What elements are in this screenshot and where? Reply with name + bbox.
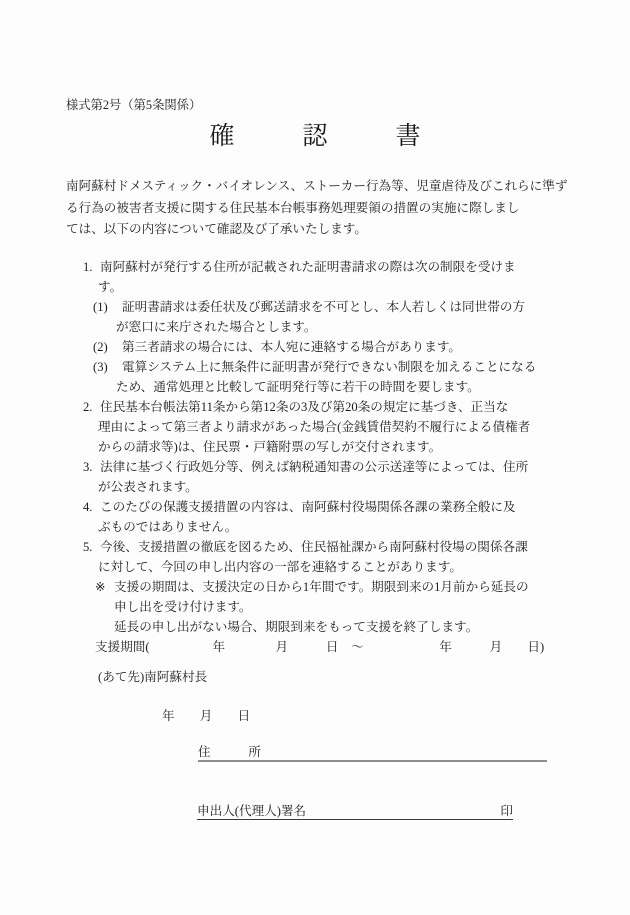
confirmation-item-list: 1.南阿蘇村が発行する住所が記載された証明書請求の際は次の制限を受けま す。 (… bbox=[66, 257, 570, 657]
intro-line: る行為の被害者支援に関する住民基本台帳事務処理要領の措置の実施に際しまし bbox=[66, 198, 570, 220]
note-text: 申し出を受け付けます。 bbox=[66, 597, 570, 617]
intro-line: ては、以下の内容について確認及び了承いたします。 bbox=[66, 219, 570, 241]
item-number: 2. bbox=[83, 397, 100, 417]
item-text: ぶものではありません。 bbox=[66, 517, 570, 537]
list-item-4: 4.このたびの保護支援措置の内容は、南阿蘇村役場関係各課の業務全般に及 ぶもので… bbox=[66, 497, 570, 537]
item-text: が公表されます。 bbox=[66, 477, 570, 497]
item-number: 3. bbox=[83, 457, 100, 477]
sub-item-text: ため、通常処理と比較して証明発行等に若干の時間を要します。 bbox=[66, 377, 570, 397]
note-marker: ※ bbox=[95, 577, 114, 597]
address-label: 住 所 bbox=[198, 745, 261, 759]
sub-item-text: が窓口に来庁された場合とします。 bbox=[66, 317, 570, 337]
note-block: ※支援の期間は、支援決定の日から1年間です。期限到来の1月前から延長の 申し出を… bbox=[66, 577, 570, 657]
list-item-5: 5.今後、支援措置の徹底を図るため、住民福祉課から南阿蘇村役場の関係各課 に対し… bbox=[66, 537, 570, 577]
document-page: 様式第2号（第5条関係） 確 認 書 南阿蘇村ドメスティック・バイオレンス、スト… bbox=[0, 0, 630, 915]
item-number: 4. bbox=[83, 497, 100, 517]
signature-fill-row: 申出人(代理人)署名 印 bbox=[197, 803, 513, 820]
sub-item-2: (2)第三者請求の場合には、本人宛に連絡する場合があります。 bbox=[66, 337, 570, 357]
sub-item-number: (2) bbox=[93, 337, 122, 357]
sub-item-number: (1) bbox=[93, 297, 122, 317]
item-text: 今後、支援措置の徹底を図るため、住民福祉課から南阿蘇村役場の関係各課 bbox=[100, 540, 528, 554]
item-text: からの請求等)は、住民票・戸籍附票の写しが交付されます。 bbox=[66, 437, 570, 457]
item-text: 南阿蘇村が発行する住所が記載された証明書請求の際は次の制限を受けま bbox=[100, 260, 516, 274]
item-text: 法律に基づく行政処分等、例えば納税通知書の公示送達等によっては、住所 bbox=[100, 460, 528, 474]
list-item-2: 2.住民基本台帳法第11条から第12条の3及び第20条の規定に基づき、正当な 理… bbox=[66, 397, 570, 457]
item-text: 理由によって第三者より請求があった場合(金銭賃借契約不履行による債権者 bbox=[66, 417, 570, 437]
date-fill-line: 年 月 日 bbox=[66, 706, 570, 726]
address-fill-row: 住 所 bbox=[198, 744, 547, 762]
sub-item-text: 証明書請求は委任状及び郵送請求を不可とし、本人若しくは同世帯の方 bbox=[122, 300, 525, 314]
item-number: 1. bbox=[83, 257, 100, 277]
sub-item-3: (3)電算システム上に無条件に証明書が発行できない制限を加えることになる ため、… bbox=[66, 357, 570, 397]
note-text: 延長の申し出がない場合、期限到来をもって支援を終了します。 bbox=[66, 617, 570, 637]
item-text: このたびの保護支援措置の内容は、南阿蘇村役場関係各課の業務全般に及 bbox=[100, 500, 516, 514]
item-text: す。 bbox=[66, 277, 570, 297]
form-number: 様式第2号（第5条関係） bbox=[66, 98, 570, 113]
sub-item-1: (1)証明書請求は委任状及び郵送請求を不可とし、本人若しくは同世帯の方 が窓口に… bbox=[66, 297, 570, 337]
page-title: 確 認 書 bbox=[66, 122, 570, 152]
seal-label: 印 bbox=[500, 803, 513, 819]
item-text: に対して、今回の申し出内容の一部を連絡することがあります。 bbox=[66, 557, 570, 577]
list-item-3: 3.法律に基づく行政処分等、例えば納税通知書の公示送達等によっては、住所 が公表… bbox=[66, 457, 570, 497]
item-number: 5. bbox=[83, 537, 100, 557]
intro-paragraph: 南阿蘇村ドメスティック・バイオレンス、ストーカー行為等、児童虐待及びこれらに準ず… bbox=[66, 176, 570, 241]
signature-label: 申出人(代理人)署名 bbox=[197, 803, 306, 819]
intro-line: 南阿蘇村ドメスティック・バイオレンス、ストーカー行為等、児童虐待及びこれらに準ず bbox=[66, 176, 570, 198]
addressee-line: (あて先)南阿蘇村長 bbox=[66, 667, 570, 687]
note-text: 支援の期間は、支援決定の日から1年間です。期限到来の1月前から延長の bbox=[114, 580, 529, 594]
item-text: 住民基本台帳法第11条から第12条の3及び第20条の規定に基づき、正当な bbox=[100, 400, 508, 414]
sub-item-text: 第三者請求の場合には、本人宛に連絡する場合があります。 bbox=[122, 340, 461, 354]
sub-item-text: 電算システム上に無条件に証明書が発行できない制限を加えることになる bbox=[122, 360, 536, 374]
sub-item-number: (3) bbox=[93, 357, 122, 377]
support-period-fill-line: 支援期間( 年 月 日 ～ 年 月 日) bbox=[66, 637, 570, 657]
list-item-1: 1.南阿蘇村が発行する住所が記載された証明書請求の際は次の制限を受けま す。 (… bbox=[66, 257, 570, 397]
